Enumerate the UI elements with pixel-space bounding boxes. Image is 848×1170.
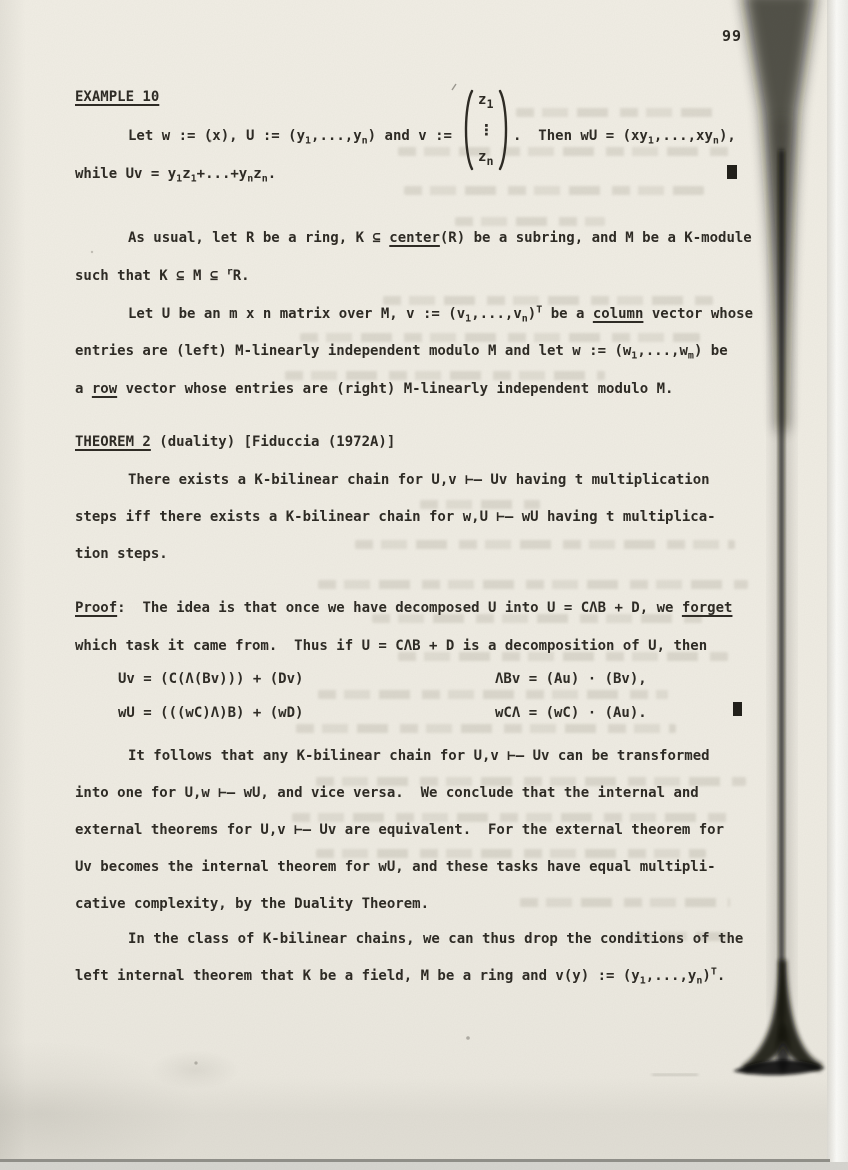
scanner-bottom-strip (0, 1162, 848, 1170)
vector-dots: ⋮ (479, 125, 494, 135)
page-number: 99 (722, 26, 742, 46)
column-vector: z1 ⋮ zn (461, 88, 511, 172)
theorem-heading: THEOREM 2 (duality) [Fiduccia (1972A)] (75, 432, 395, 452)
example-line-1a: Let w := (x), U := (y1,...,yn) and v := (128, 126, 452, 146)
proof-formula-2-right: wCΛ = (wC) · (Au). (495, 703, 647, 723)
right-paren-icon (497, 88, 511, 172)
bleedthrough-artifact (404, 186, 704, 195)
ring-line-1: As usual, let R be a ring, K ⊆ center(R)… (128, 228, 752, 248)
ring-line-4: entries are (left) M-linearly independen… (75, 341, 728, 361)
bleedthrough-artifact (516, 108, 716, 117)
vector-entry-top: z1 (478, 92, 493, 111)
discussion-line-3: external theorems for U,v ⊢— Uv are equi… (75, 820, 724, 840)
discussion-line-1: It follows that any K-bilinear chain for… (128, 746, 710, 766)
proof-formula-1-left: Uv = (C(Λ(Bv))) + (Dv) (118, 669, 303, 689)
vector-entry-bottom: zn (478, 149, 493, 168)
theorem-line-2: steps iff there exists a K-bilinear chai… (75, 507, 716, 527)
discussion-line-6: In the class of K-bilinear chains, we ca… (128, 929, 743, 949)
theorem-line-3: tion steps. (75, 544, 168, 564)
paper-page: 99 EXAMPLE 10 Let w := (x), U := (y1,...… (0, 0, 827, 1160)
ring-line-5: a row vector whose entries are (right) M… (75, 379, 673, 399)
discussion-line-2: into one for U,w ⊢— wU, and vice versa. … (75, 783, 699, 803)
theorem-line-1: There exists a K-bilinear chain for U,v … (128, 470, 710, 490)
bleedthrough-artifact (355, 540, 735, 549)
proof-formula-1-right: ΛBv = (Au) · (Bv), (495, 669, 647, 689)
scanned-book-page: { "page": { "number": "99", "paper_color… (0, 0, 848, 1170)
left-paren-icon (461, 88, 475, 172)
example-heading: EXAMPLE 10 (75, 87, 159, 107)
ring-line-2: such that K ⊆ M ⊆ rR. (75, 266, 250, 286)
bleedthrough-artifact (296, 724, 676, 733)
proof-formula-2-left: wU = (((wC)Λ)B) + (wD) (118, 703, 303, 723)
bleedthrough-artifact (455, 217, 605, 226)
bleedthrough-artifact (318, 580, 748, 589)
example-line-1b: . Then wU = (xy1,...,xyn), (513, 126, 736, 146)
bleedthrough-artifact (398, 147, 734, 156)
end-of-proof-marker (733, 702, 742, 716)
discussion-line-5: cative complexity, by the Duality Theore… (75, 894, 429, 914)
end-of-example-marker (727, 165, 737, 179)
scanner-edge-strip (827, 0, 848, 1170)
bleedthrough-artifact (318, 690, 668, 699)
paper-shading (0, 1078, 827, 1159)
bleedthrough-artifact (520, 898, 730, 907)
discussion-line-7: left internal theorem that K be a field,… (75, 966, 725, 986)
example-line-2: while Uv = y1z1+...+ynzn. (75, 164, 276, 184)
discussion-line-4: Uv becomes the internal theorem for wU, … (75, 857, 716, 877)
ring-line-3: Let U be an m x n matrix over M, v := (v… (128, 304, 753, 324)
proof-line-1: Proof: The idea is that once we have dec… (75, 598, 732, 618)
proof-line-2: which task it came from. Thus if U = CΛB… (75, 636, 707, 656)
